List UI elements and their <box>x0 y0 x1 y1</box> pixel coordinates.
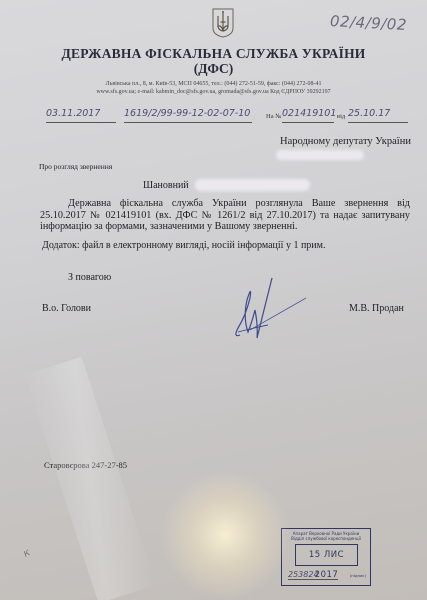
from-label: від <box>337 113 345 120</box>
stamp-signature-label: (підпис) <box>350 573 366 578</box>
body-paragraph: Державна фіскальна служба України розгля… <box>40 198 410 233</box>
signer-name: М.В. Продан <box>349 303 404 314</box>
stamp-number: 253824 <box>288 570 338 580</box>
in-reply-number: 021419101 <box>282 108 334 123</box>
in-reply-label: На № <box>266 113 281 120</box>
organization-name: ДЕРЖАВНА ФІСКАЛЬНА СЛУЖБА УКРАЇНИ <box>0 46 427 62</box>
address-line-1: Львівська пл., 8, м. Київ-53, МСП 04655,… <box>0 80 427 88</box>
letter-body: Державна фіскальна служба України розгля… <box>40 198 410 233</box>
registration-date: 03.11.2017 <box>46 108 116 123</box>
scanned-letter-page: 02/4/9/02 ДЕРЖАВНА ФІСКАЛЬНА СЛУЖБА УКРА… <box>0 0 427 600</box>
address-line-2: www.sfs.gov.ua; e-mail: kabmin_doc@sfs.g… <box>0 88 427 96</box>
stamp-date: 15 ЛИС 2017 <box>295 544 358 566</box>
letterhead-address: Львівська пл., 8, м. Київ-53, МСП 04655,… <box>0 80 427 96</box>
organization-abbreviation: (ДФС) <box>0 61 427 77</box>
stamp-organization: Апарат Верховної Ради України Відділ слу… <box>282 531 370 541</box>
redacted-addressee-name <box>276 150 364 160</box>
light-glare <box>160 470 290 600</box>
margin-handwritten-mark: К <box>22 548 31 559</box>
outgoing-number: 1619/2/99-99-12-02-07-10 <box>124 108 252 123</box>
trident-coat-of-arms-icon <box>212 8 234 38</box>
handwritten-reference-number: 02/4/9/02 <box>330 12 408 34</box>
attachment-note: Додаток: файл в електронному вигляді, но… <box>42 240 325 251</box>
redacted-salutation-name <box>195 179 310 191</box>
salutation-label: Шановний <box>143 180 189 191</box>
executor-contact: Старовєрова 247-27-85 <box>44 460 127 470</box>
registration-stamp: Апарат Верховної Ради України Відділ слу… <box>281 528 371 586</box>
in-reply-date: 25.10.17 <box>348 108 408 123</box>
closing-regards: З повагою <box>68 272 111 283</box>
plastic-sleeve-reflection <box>24 357 155 600</box>
handwritten-signature-icon <box>228 270 313 345</box>
signer-position: В.о. Голови <box>42 303 91 314</box>
addressee-title: Народному депутату України <box>280 136 411 147</box>
letter-subject: Про розгляд звернення <box>39 162 112 171</box>
